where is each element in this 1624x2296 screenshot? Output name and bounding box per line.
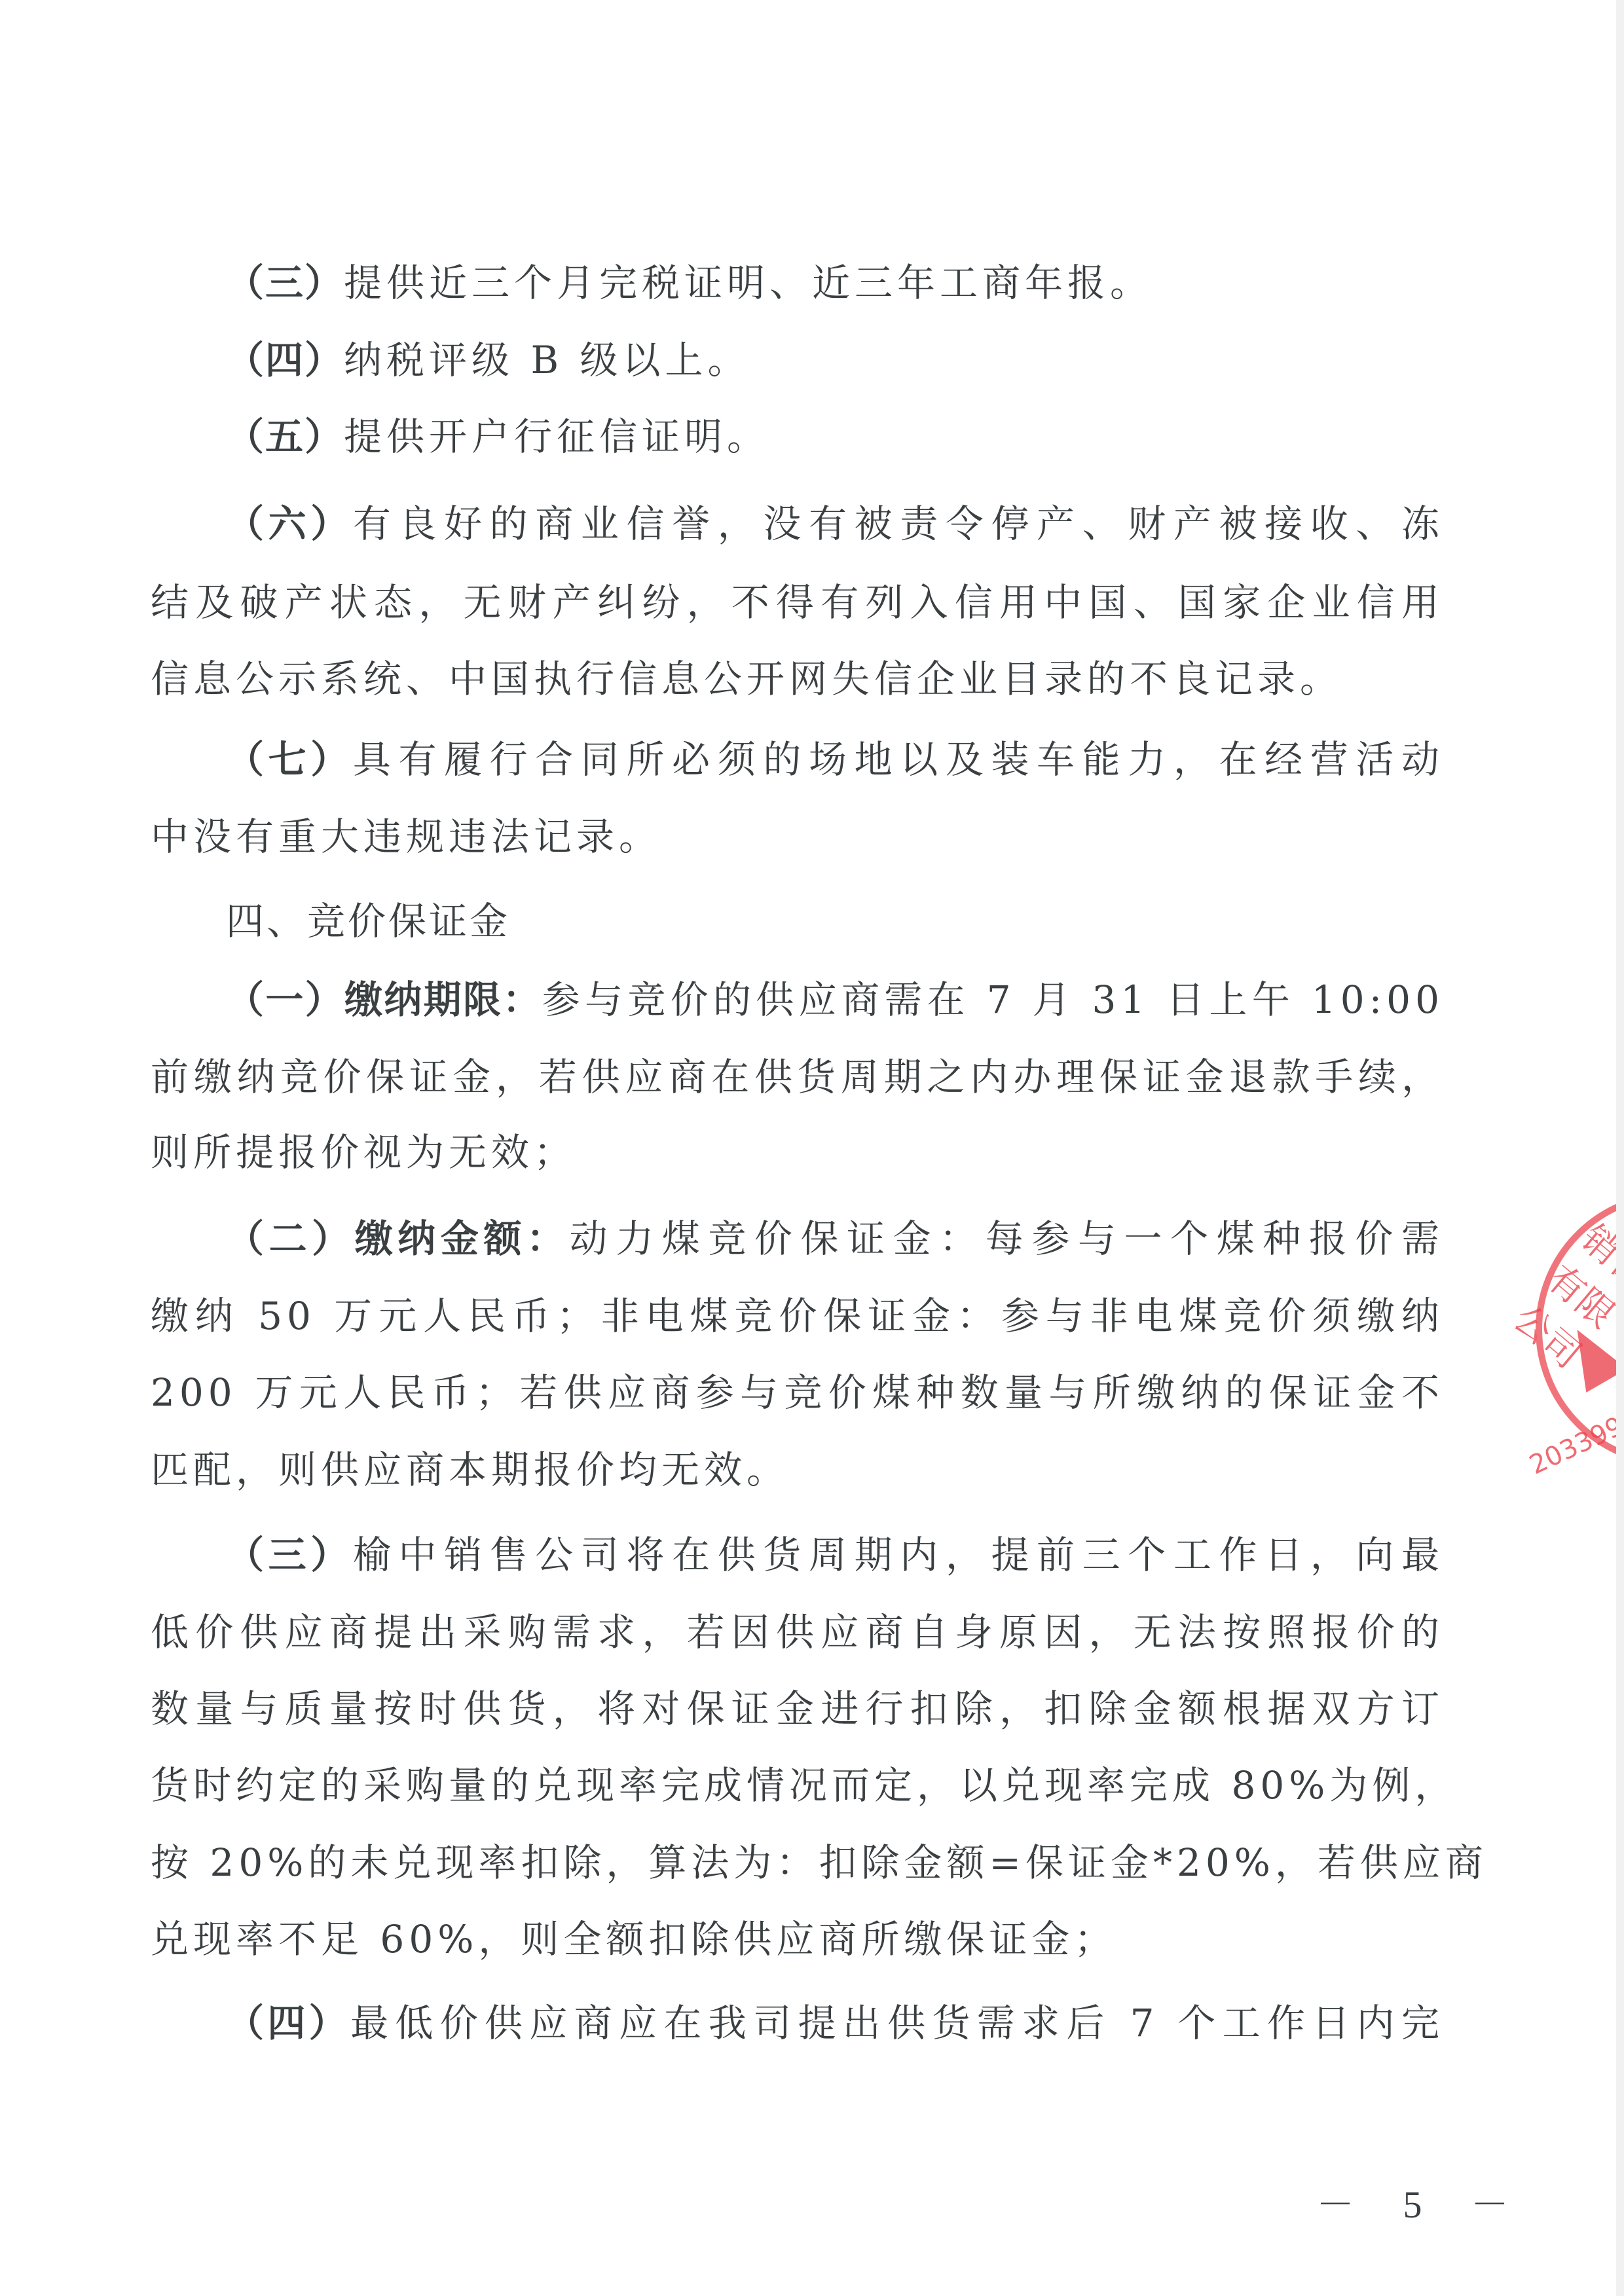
paragraph-line: 兑现率不足 60%，则全额扣除供应商所缴保证金； [151,1906,1444,1972]
document-page: （三）提供近三个月完税证明、近三年工商年报。（四）纳税评级 B 级以上。（五）提… [0,0,1624,2296]
line-text: 信息公示系统、中国执行信息公开网失信企业目录的不良记录。 [151,657,1342,701]
line-text: 榆中销售公司将在供货周期内，提前三个工作日，向最 [353,1533,1444,1577]
clause-label: 缴纳期限： [344,977,542,1022]
paragraph-line: （一）缴纳期限：参与竞价的供应商需在 7 月 31 日上午 10:00 [226,967,1444,1032]
paragraph-line: 中没有重大违规违法记录。 [151,804,1444,869]
line-text: 缴纳 50 万元人民币；非电煤竞价保证金：参与非电煤竞价须缴纳 [151,1294,1444,1338]
clause-number: （五） [226,414,344,459]
clause-number: （一） [226,977,344,1022]
line-text: 货时约定的采购量的兑现率完成情况而定，以兑现率完成 80%为例， [151,1763,1457,1808]
paragraph-line: 货时约定的采购量的兑现率完成情况而定，以兑现率完成 80%为例， [151,1753,1444,1818]
paragraph-line: （七）具有履行合同所必须的场地以及装车能力，在经营活动 [226,727,1444,792]
paragraph-line: （三）提供近三个月完税证明、近三年工商年报。 [226,250,1444,316]
line-text: 四、竞价保证金 [226,899,510,943]
line-text: 结及破产状态，无财产纠纷，不得有列入信用中国、国家企业信用 [151,580,1444,625]
paragraph-line: 前缴纳竞价保证金，若供应商在供货周期之内办理保证金退款手续， [151,1044,1444,1110]
paragraph-line: 匹配，则供应商本期报价均无效。 [151,1437,1444,1503]
clause-number: （四） [226,338,344,382]
clause-number: （六） [226,501,353,546]
paragraph-line: （五）提供开户行征信证明。 [226,404,1444,469]
paragraph-line: 按 20%的未兑现率扣除，算法为：扣除金额=保证金*20%，若供应商 [151,1830,1444,1895]
paragraph-line: （六）有良好的商业信誉，没有被责令停产、财产被接收、冻 [226,491,1444,556]
line-text: 兑现率不足 60%，则全额扣除供应商所缴保证金； [151,1917,1116,1961]
line-text: 具有履行合同所必须的场地以及装车能力，在经营活动 [353,737,1444,782]
clause-number: （二） [226,1216,355,1261]
line-text: 纳税评级 B 级以上。 [344,338,750,382]
line-text: 则所提报价视为无效； [151,1130,576,1175]
line-text: 数量与质量按时供货，将对保证金进行扣除，扣除金额根据双方订 [151,1686,1444,1731]
paragraph-line: （四）最低价供应商应在我司提出供货需求后 7 个工作日内完 [226,1990,1444,2056]
clause-label: 缴纳金额： [355,1216,570,1261]
line-text: 200 万元人民币；若供应商参与竞价煤种数量与所缴纳的保证金不 [151,1370,1444,1415]
line-text: 有良好的商业信誉，没有被责令停产、财产被接收、冻 [353,501,1444,546]
paragraph-line: （四）纳税评级 B 级以上。 [226,327,1444,393]
line-text: 按 20%的未兑现率扣除，算法为：扣除金额=保证金*20%，若供应商 [151,1840,1488,1885]
clause-number: （三） [226,261,344,305]
line-text: 最低价供应商应在我司提出供货需求后 7 个工作日内完 [350,2001,1444,2045]
line-text: 低价供应商提出采购需求，若因供应商自身原因，无法按照报价的 [151,1610,1444,1654]
clause-number: （四） [226,2001,350,2045]
line-text: 中没有重大违规违法记录。 [151,814,661,859]
clause-number: （七） [226,737,353,782]
paragraph-line: 低价供应商提出采购需求，若因供应商自身原因，无法按照报价的 [151,1599,1444,1665]
paragraph-line: 数量与质量按时供货，将对保证金进行扣除，扣除金额根据双方订 [151,1676,1444,1741]
line-text: 匹配，则供应商本期报价均无效。 [151,1448,789,1492]
paragraph-line: 缴纳 50 万元人民币；非电煤竞价保证金：参与非电煤竞价须缴纳 [151,1283,1444,1349]
paragraph-line: 200 万元人民币；若供应商参与竞价煤种数量与所缴纳的保证金不 [151,1360,1444,1425]
paragraph-line: 则所提报价视为无效； [151,1120,1444,1185]
paragraph-line: 结及破产状态，无财产纠纷，不得有列入信用中国、国家企业信用 [151,570,1444,635]
section-heading: 四、竞价保证金 [226,888,1444,954]
paragraph-line: 信息公示系统、中国执行信息公开网失信企业目录的不良记录。 [151,646,1444,712]
line-text: 提供开户行征信证明。 [344,414,769,459]
line-text: 提供近三个月完税证明、近三年工商年报。 [344,261,1153,305]
line-text: 参与竞价的供应商需在 7 月 31 日上午 10:00 [542,977,1444,1022]
clause-number: （三） [226,1533,353,1577]
paragraph-line: （三）榆中销售公司将在供货周期内，提前三个工作日，向最 [226,1522,1444,1588]
scan-edge [1616,0,1624,2296]
page-number: － 5 － [1316,2174,1528,2229]
line-text: 动力煤竞价保证金：每参与一个煤种报价需 [570,1216,1444,1261]
line-text: 前缴纳竞价保证金，若供应商在供货周期之内办理保证金退款手续， [151,1055,1444,1099]
paragraph-line: （二）缴纳金额：动力煤竞价保证金：每参与一个煤种报价需 [226,1206,1444,1271]
